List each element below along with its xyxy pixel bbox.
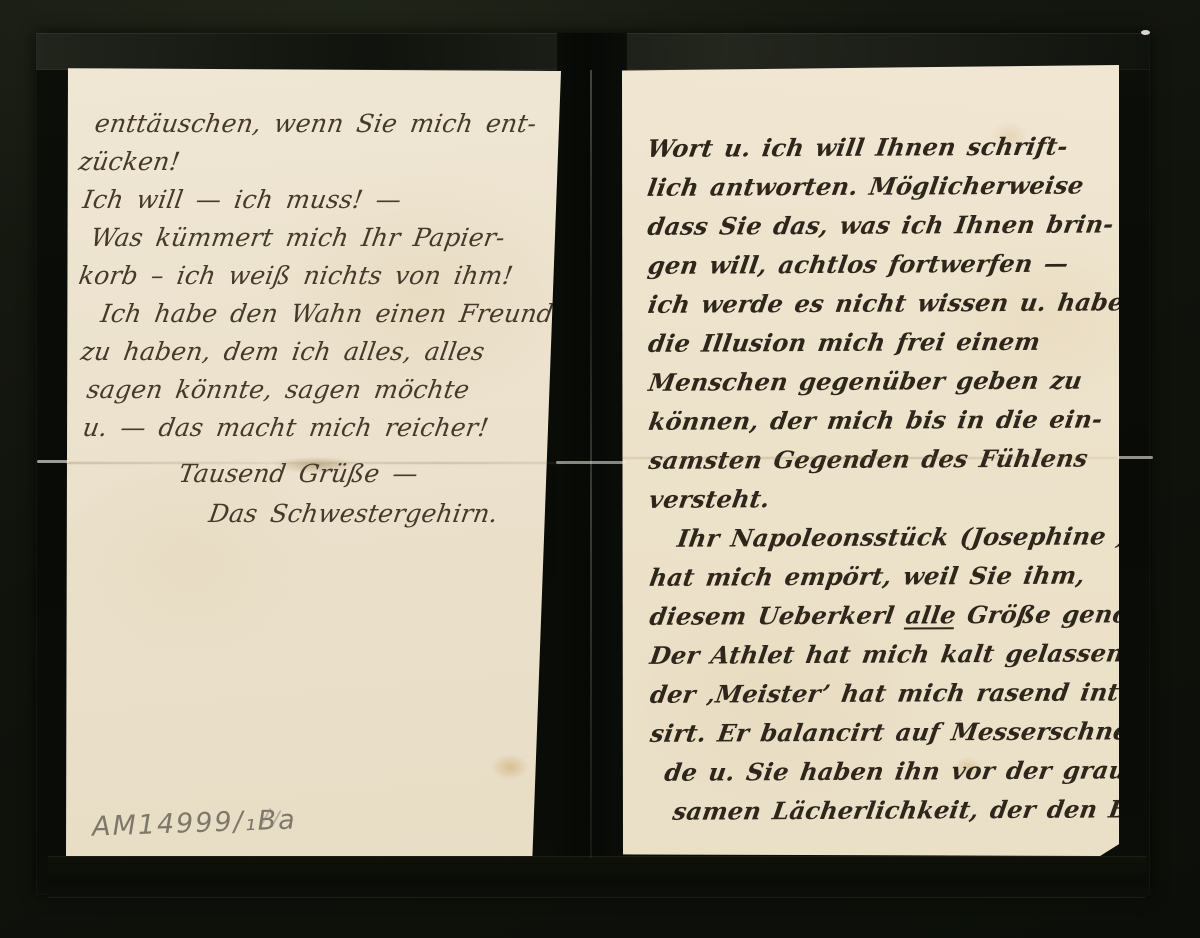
handwriting-line: Das Schwestergehirn. — [206, 495, 562, 533]
handwriting-line: enttäuschen, wenn Sie mich ent- — [92, 105, 562, 143]
handwriting-line: samen Lächerlichkeit, der den Be- — [670, 789, 1125, 830]
crease-scratch-right — [1117, 456, 1153, 459]
handwriting-line: die Illusion mich frei einem — [646, 321, 1123, 362]
tape-strip-bottom — [48, 856, 1146, 898]
left-page-text: enttäuschen, wenn Sie mich ent-zücken!Ic… — [66, 67, 562, 861]
handwriting-line: sagen könnte, sagen möchte — [84, 371, 562, 409]
handwriting-line: der ‚Meister’ hat mich rasend interes- — [647, 672, 1124, 713]
horizontal-crease-right — [622, 457, 1119, 459]
underlined-word: alle — [904, 600, 958, 629]
handwriting-line: sirt. Er balancirt auf Messerschnei- — [648, 711, 1125, 752]
handwriting-line: gen will, achtlos fortwerfen — — [645, 243, 1122, 284]
handwriting-line: dass Sie das, was ich Ihnen brin- — [645, 204, 1122, 245]
paper-speck — [1141, 30, 1150, 35]
handwriting-line: zu haben, dem ich alles, alles — [78, 333, 562, 371]
handwriting-line: Ihr Napoleonsstück (Josephine ) — [675, 516, 1124, 557]
handwriting-line: u. — das macht mich reicher! — [80, 409, 562, 447]
letter-page-left: enttäuschen, wenn Sie mich ent-zücken!Ic… — [66, 67, 562, 861]
handwriting-line: zücken! — [76, 143, 562, 181]
handwriting-line: de u. Sie haben ihn vor der grau- — [662, 750, 1125, 791]
horizontal-crease-left — [66, 462, 563, 464]
right-page-text: Wort u. ich will Ihnen schrift-lich antw… — [622, 62, 1123, 856]
handwriting-line: Was kümmert mich Ihr Papier- — [88, 219, 562, 257]
handwriting-line: Der Athlet hat mich kalt gelassen – — [647, 633, 1124, 674]
center-fold-gap — [557, 33, 627, 861]
handwriting-line: korb – ich weiß nichts von ihm! — [76, 257, 562, 295]
crease-scratch-left — [37, 460, 69, 463]
handwriting-line: Ich will — ich muss! — — [80, 181, 562, 219]
handwriting-line: Menschen gegenüber geben zu — [646, 360, 1123, 401]
handwriting-line: können, der mich bis in die ein- — [646, 399, 1123, 440]
handwriting-line: Wort u. ich will Ihnen schrift- — [645, 126, 1122, 167]
handwriting-line: Ich habe den Wahn einen Freund — [98, 295, 562, 333]
handwriting-line: versteht. — [646, 477, 1123, 518]
handwriting-line: hat mich empört, weil Sie ihm, — [647, 555, 1124, 596]
crease-scratch-middle — [556, 461, 626, 464]
handwriting-line: ich werde es nicht wissen u. habe — [645, 282, 1122, 323]
handwriting-line: lich antworten. Möglicherweise — [645, 165, 1122, 206]
handwriting-line: samsten Gegenden des Fühlens — [646, 438, 1123, 479]
handwriting-line: Tausend Grüße — — [176, 455, 562, 493]
handwriting-line: diesem Ueberkerl alle Größe genomm. — [647, 594, 1124, 635]
center-fold-line — [590, 70, 592, 858]
letter-page-right: Wort u. ich will Ihnen schrift-lich antw… — [622, 65, 1119, 856]
letter-photograph: enttäuschen, wenn Sie mich ent-zücken!Ic… — [0, 0, 1200, 938]
